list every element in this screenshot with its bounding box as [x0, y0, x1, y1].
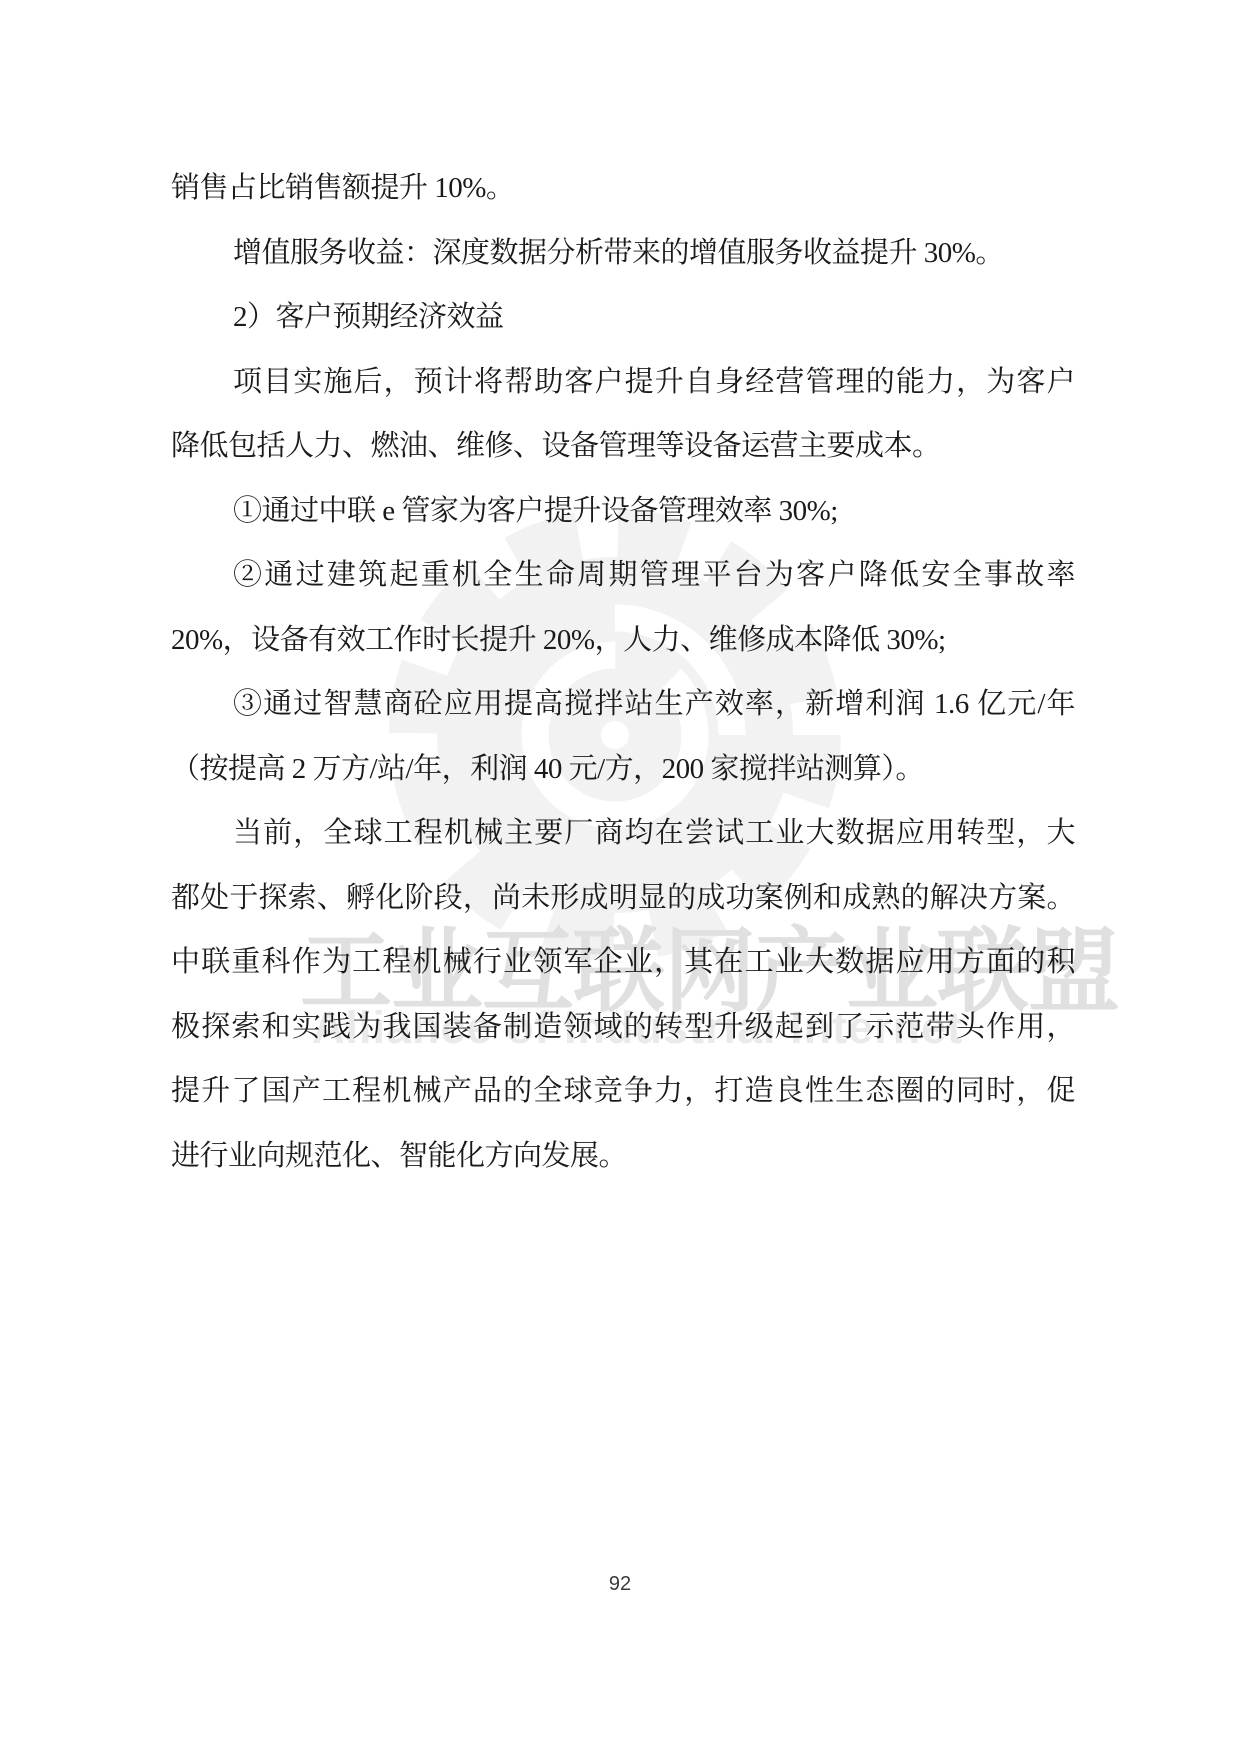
body-text: 销售占比销售额提升 10%。增值服务收益：深度数据分析带来的增值服务收益提升 3… — [171, 156, 1075, 1188]
text-line: 都处于探索、孵化阶段，尚未形成明显的成功案例和成熟的解决方案。 — [171, 866, 1075, 931]
text-line: （按提高 2 万方/站/年，利润 40 元/方，200 家搅拌站测算）。 — [171, 737, 1075, 802]
text-line: ③通过智慧商砼应用提高搅拌站生产效率，新增利润 1.6 亿元/年 — [171, 672, 1075, 737]
text-line: 当前，全球工程机械主要厂商均在尝试工业大数据应用转型，大 — [171, 801, 1075, 866]
text-line: 极探索和实践为我国装备制造领域的转型升级起到了示范带头作用， — [171, 995, 1075, 1060]
text-line: 中联重科作为工程机械行业领军企业，其在工业大数据应用方面的积 — [171, 930, 1075, 995]
text-line: 销售占比销售额提升 10%。 — [171, 156, 1075, 221]
text-line: ②通过建筑起重机全生命周期管理平台为客户降低安全事故率 — [171, 543, 1075, 608]
text-line: 2）客户预期经济效益 — [171, 285, 1075, 350]
text-line: 提升了国产工程机械产品的全球竞争力，打造良性生态圈的同时，促 — [171, 1059, 1075, 1124]
document-page: 工业互联网产业联盟 Alliance of Industrial Interne… — [0, 0, 1240, 1754]
text-line: ①通过中联 e 管家为客户提升设备管理效率 30%; — [171, 479, 1075, 544]
text-line: 项目实施后，预计将帮助客户提升自身经营管理的能力，为客户 — [171, 350, 1075, 415]
page-number: 92 — [0, 1572, 1240, 1596]
text-line: 20%，设备有效工作时长提升 20%，人力、维修成本降低 30%; — [171, 608, 1075, 673]
text-line: 进行业向规范化、智能化方向发展。 — [171, 1124, 1075, 1189]
text-line: 增值服务收益：深度数据分析带来的增值服务收益提升 30%。 — [171, 221, 1075, 286]
text-line: 降低包括人力、燃油、维修、设备管理等设备运营主要成本。 — [171, 414, 1075, 479]
